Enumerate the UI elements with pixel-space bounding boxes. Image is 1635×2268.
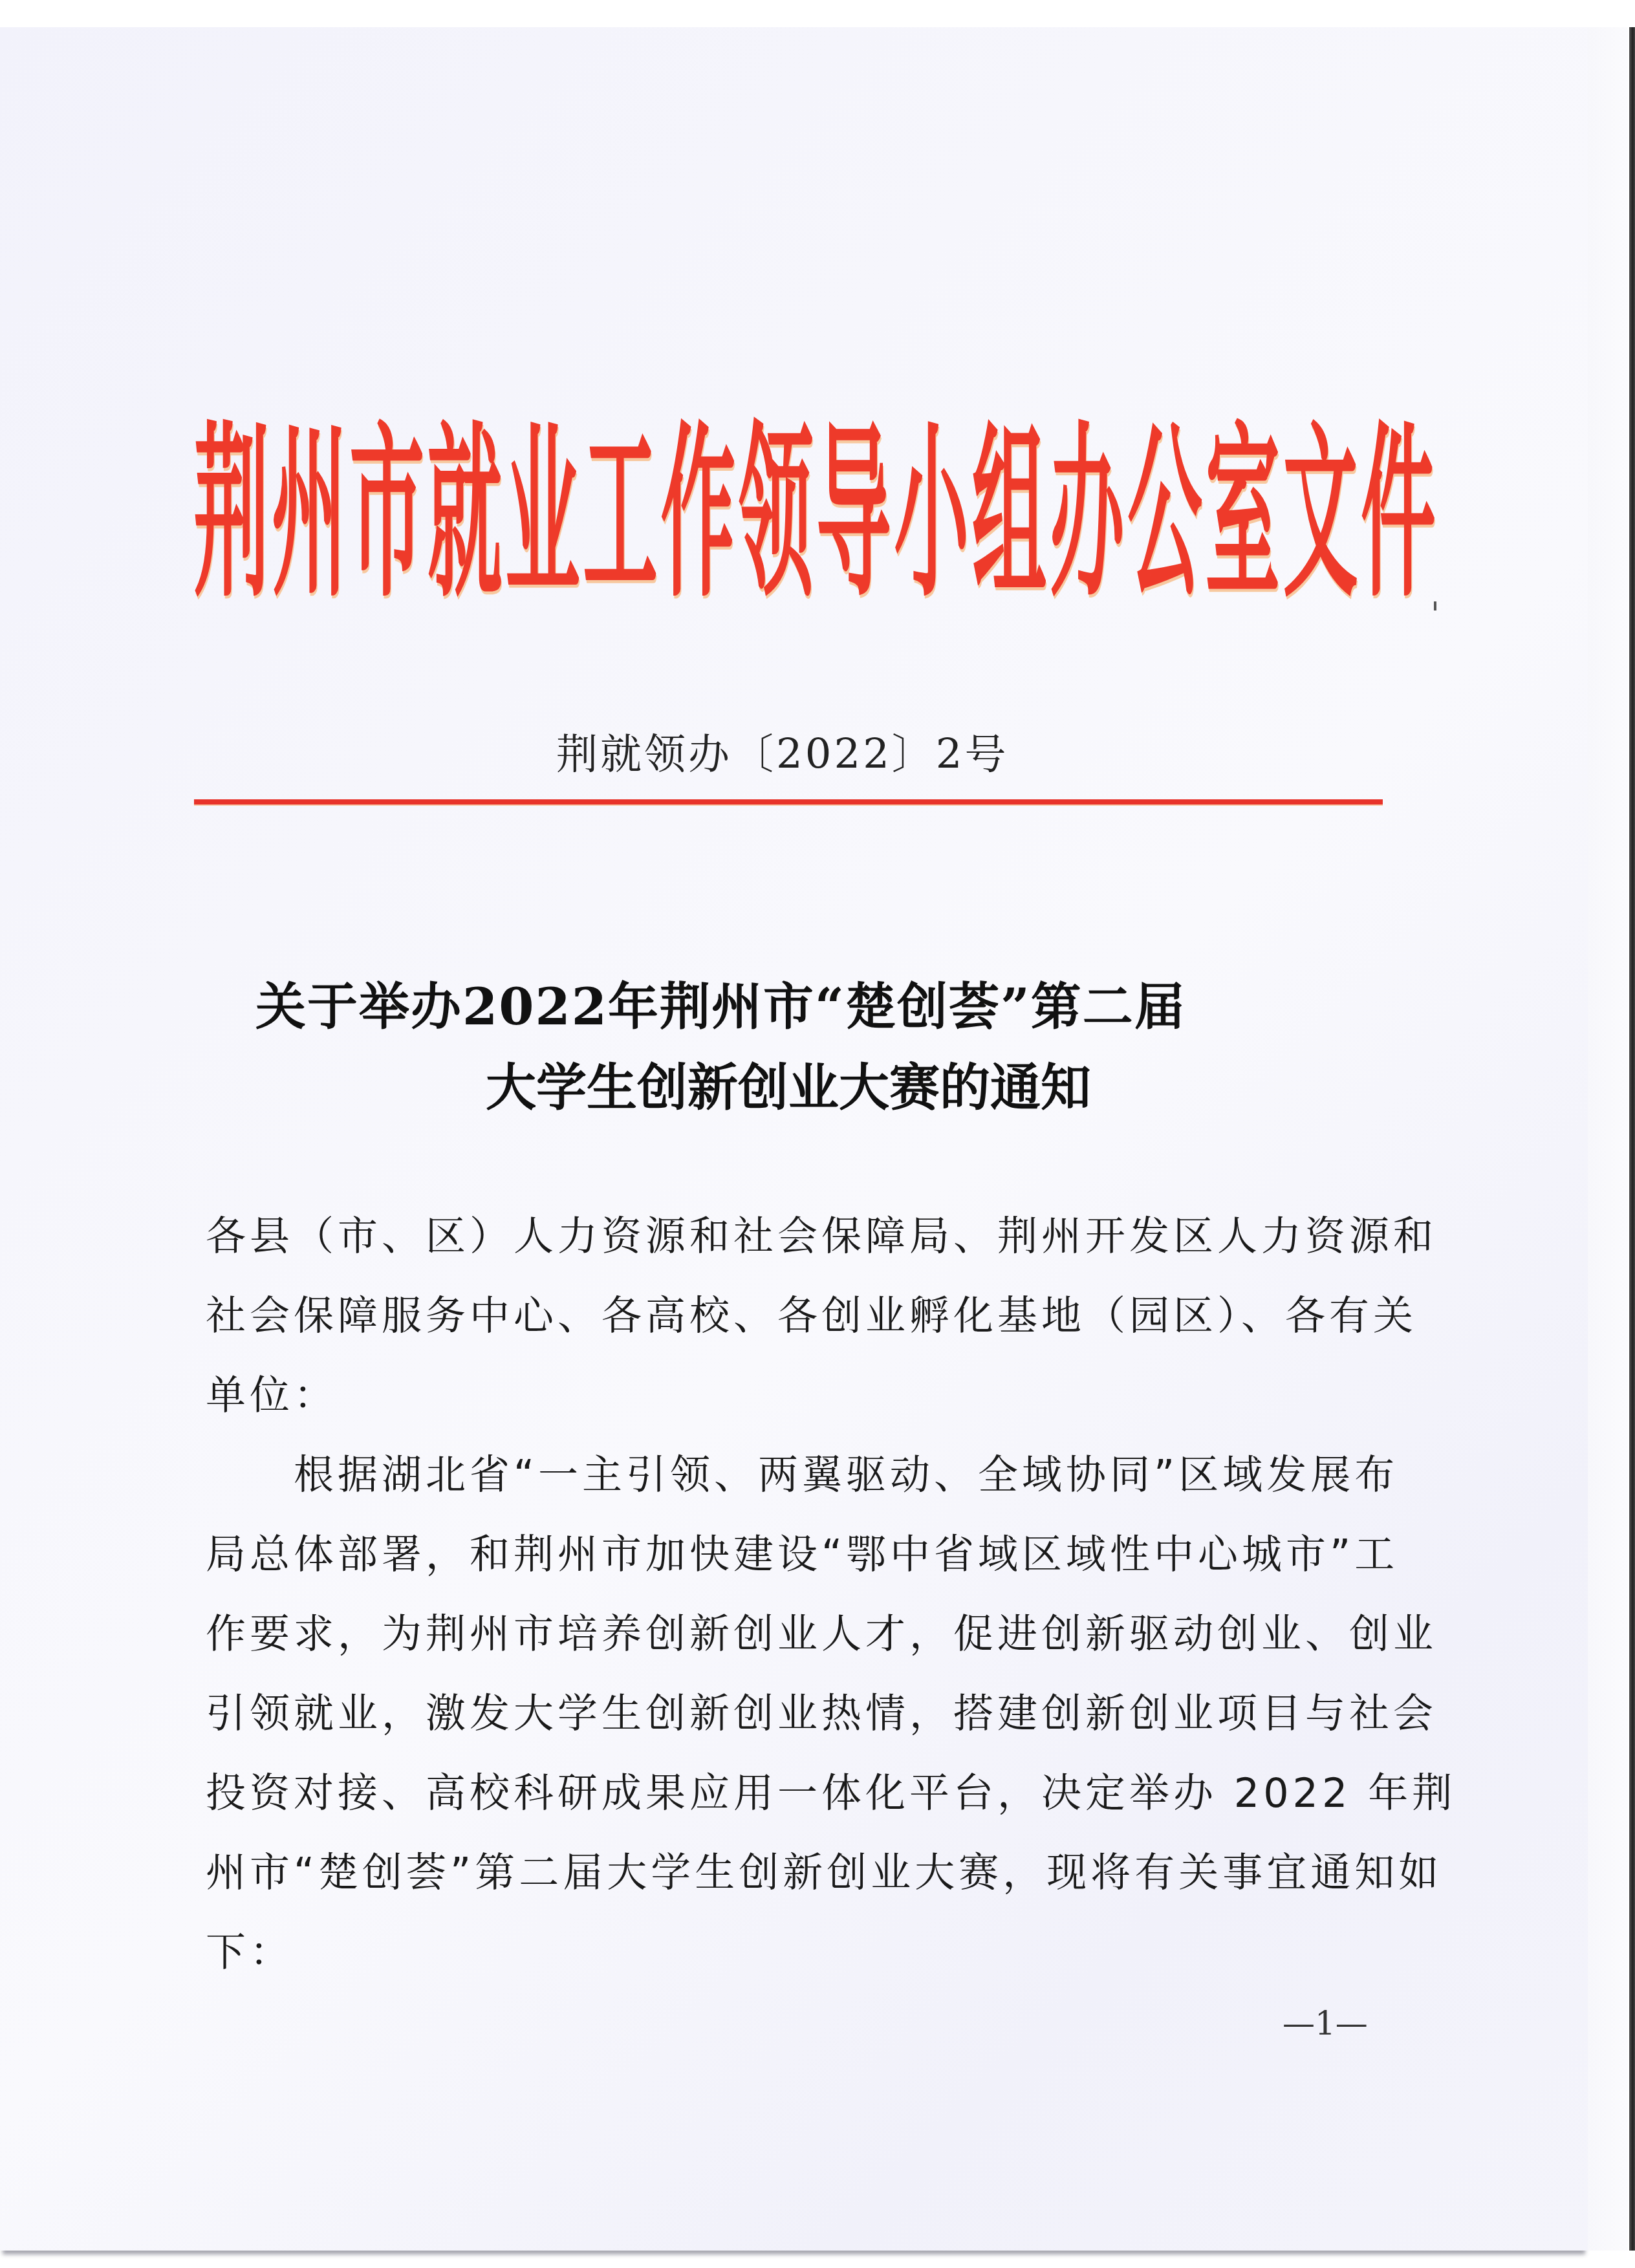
body-line: 州市“楚创荟”第二届大学生创新创业大赛，现将有关事宜通知如 <box>206 1841 1389 1898</box>
body-line: 单位： <box>206 1363 1389 1421</box>
issuer-header-title: 荆州市就业工作领导小组办公室文件 <box>194 352 924 643</box>
body-line: 下： <box>206 1920 1389 1978</box>
scanner-edge-strip <box>1629 27 1635 2251</box>
page-number: —1— <box>1283 2005 1368 2042</box>
body-line: 社会保障服务中心、各高校、各创业孵化基地（园区）、各有关 <box>206 1284 1389 1341</box>
document-number: 荆就领办〔2022〕2号 <box>556 721 1009 781</box>
scanned-document: 荆州市就业工作领导小组办公室文件 荆就领办〔2022〕2号 关于举办2022年荆… <box>0 0 1635 2268</box>
body-line: 局总体部署，和荆州市加快建设“鄂中省域区域性中心城市”工 <box>206 1522 1389 1580</box>
paper-edge <box>1588 27 1628 2251</box>
notice-title-line-1: 关于举办2022年荆州市“楚创荟”第二届 <box>255 967 1342 1039</box>
body-line: 各县（市、区）人力资源和社会保障局、荆州开发区人力资源和 <box>206 1204 1389 1262</box>
body-line: 引领就业，激发大学生创新创业热情，搭建创新创业项目与社会 <box>206 1681 1389 1739</box>
body-line: 根据湖北省“一主引领、两翼驱动、全域协同”区域发展布 <box>206 1443 1389 1500</box>
body-line: 作要求，为荆州市培养创新创业人才，促进创新驱动创业、创业 <box>206 1602 1389 1659</box>
red-header-rule <box>194 799 1383 805</box>
issuer-header-text: 荆州市就业工作领导小组办公室文件 <box>194 364 1371 632</box>
body-line: 投资对接、高校科研成果应用一体化平台，决定举办 2022 年荆 <box>206 1761 1389 1819</box>
notice-title-line-2: 大学生创新创业大赛的通知 <box>194 1048 1383 1120</box>
